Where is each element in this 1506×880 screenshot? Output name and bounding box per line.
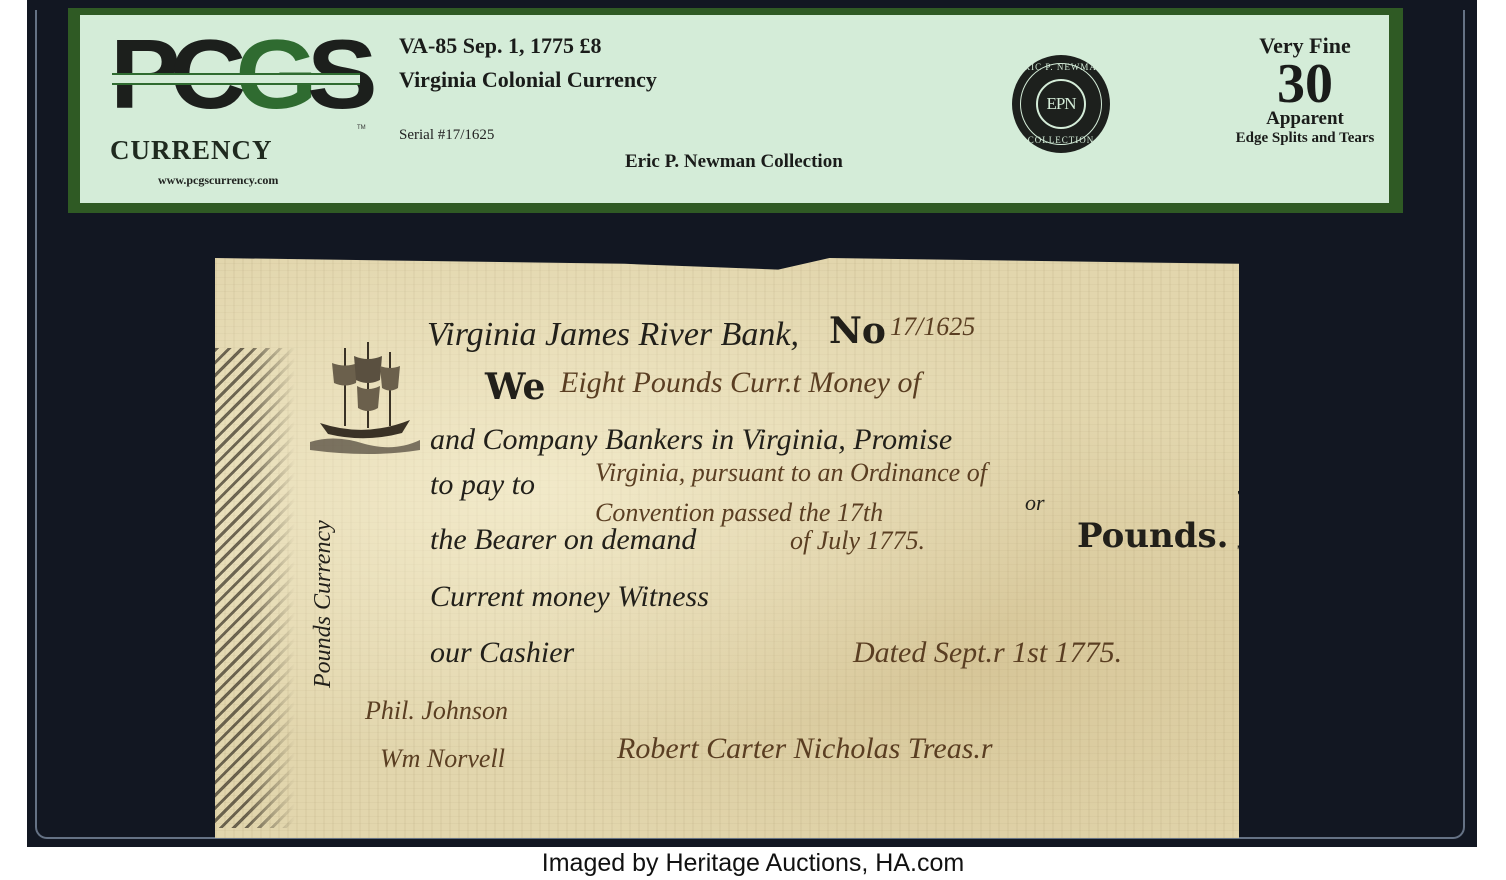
bank-name-line: Virginia James River Bank,: [427, 316, 799, 354]
we-text: We: [485, 366, 545, 408]
bearer-line: the Bearer on demand: [430, 523, 696, 557]
signature-johnson: Phil. Johnson: [365, 696, 508, 726]
july-date-handwritten: of July 1775.: [790, 526, 925, 556]
ship-vignette-icon: [310, 338, 420, 458]
pay-to-text: to pay to: [430, 468, 535, 502]
logo-wordmark: CURRENCY: [110, 135, 273, 166]
ornamental-border: [215, 348, 295, 828]
signature-nicholas: Robert Carter Nicholas Treas.r: [617, 732, 993, 766]
banknote: Virginia James River Bank, No 17/1625 We…: [215, 258, 1239, 838]
handwritten-serial: 17/1625: [890, 312, 975, 342]
left-vertical-text: Pounds Currency: [310, 520, 337, 688]
grade-number: 30: [1205, 59, 1405, 109]
grade-comment: Edge Splits and Tears: [1205, 129, 1405, 147]
pcgs-logo: PCGS TM CURRENCY www.pcgscurrency.com: [110, 25, 360, 190]
catalog-title: VA-85 Sep. 1, 1775 £8: [399, 33, 602, 59]
seal-center-text: EPN: [1036, 79, 1086, 129]
pounds-text: Pounds.: [1077, 516, 1229, 556]
amount-handwritten: Eight Pounds Curr.t Money of: [560, 366, 921, 400]
cashier-line: our Cashier: [430, 636, 574, 670]
epn-seal-icon: ERIC P. NEWMAN EPN COLLECTION: [1012, 55, 1110, 153]
seal-bottom-text: COLLECTION: [1012, 135, 1110, 145]
serial-number: Serial #17/1625: [399, 127, 494, 144]
grade-block: Very Fine 30 Apparent Edge Splits and Te…: [1205, 33, 1405, 147]
seal-top-text: ERIC P. NEWMAN: [1012, 62, 1110, 72]
pcgs-label: PCGS TM CURRENCY www.pcgscurrency.com VA…: [68, 8, 1403, 213]
dated-handwritten: Dated Sept.r 1st 1775.: [853, 636, 1122, 670]
image-credit: Imaged by Heritage Auctions, HA.com: [0, 847, 1506, 880]
grade-qualifier: Apparent: [1205, 109, 1405, 129]
collection-name: Eric P. Newman Collection: [625, 151, 843, 173]
current-money-line: Current money Witness: [430, 580, 709, 614]
catalog-subtitle: Virginia Colonial Currency: [399, 67, 657, 93]
payee-handwritten: Virginia, pursuant to an Ordinance of: [595, 458, 987, 488]
signature-norvell: Wm Norvell: [380, 744, 505, 774]
company-line: and Company Bankers in Virginia, Promise: [430, 423, 952, 457]
or-text: or: [1025, 490, 1045, 516]
label-panel: PCGS TM CURRENCY www.pcgscurrency.com VA…: [80, 15, 1389, 203]
number-mark: No: [829, 310, 886, 352]
trademark-mark: TM: [357, 125, 366, 131]
logo-stripe: [112, 73, 360, 85]
logo-url: www.pcgscurrency.com: [158, 173, 278, 188]
